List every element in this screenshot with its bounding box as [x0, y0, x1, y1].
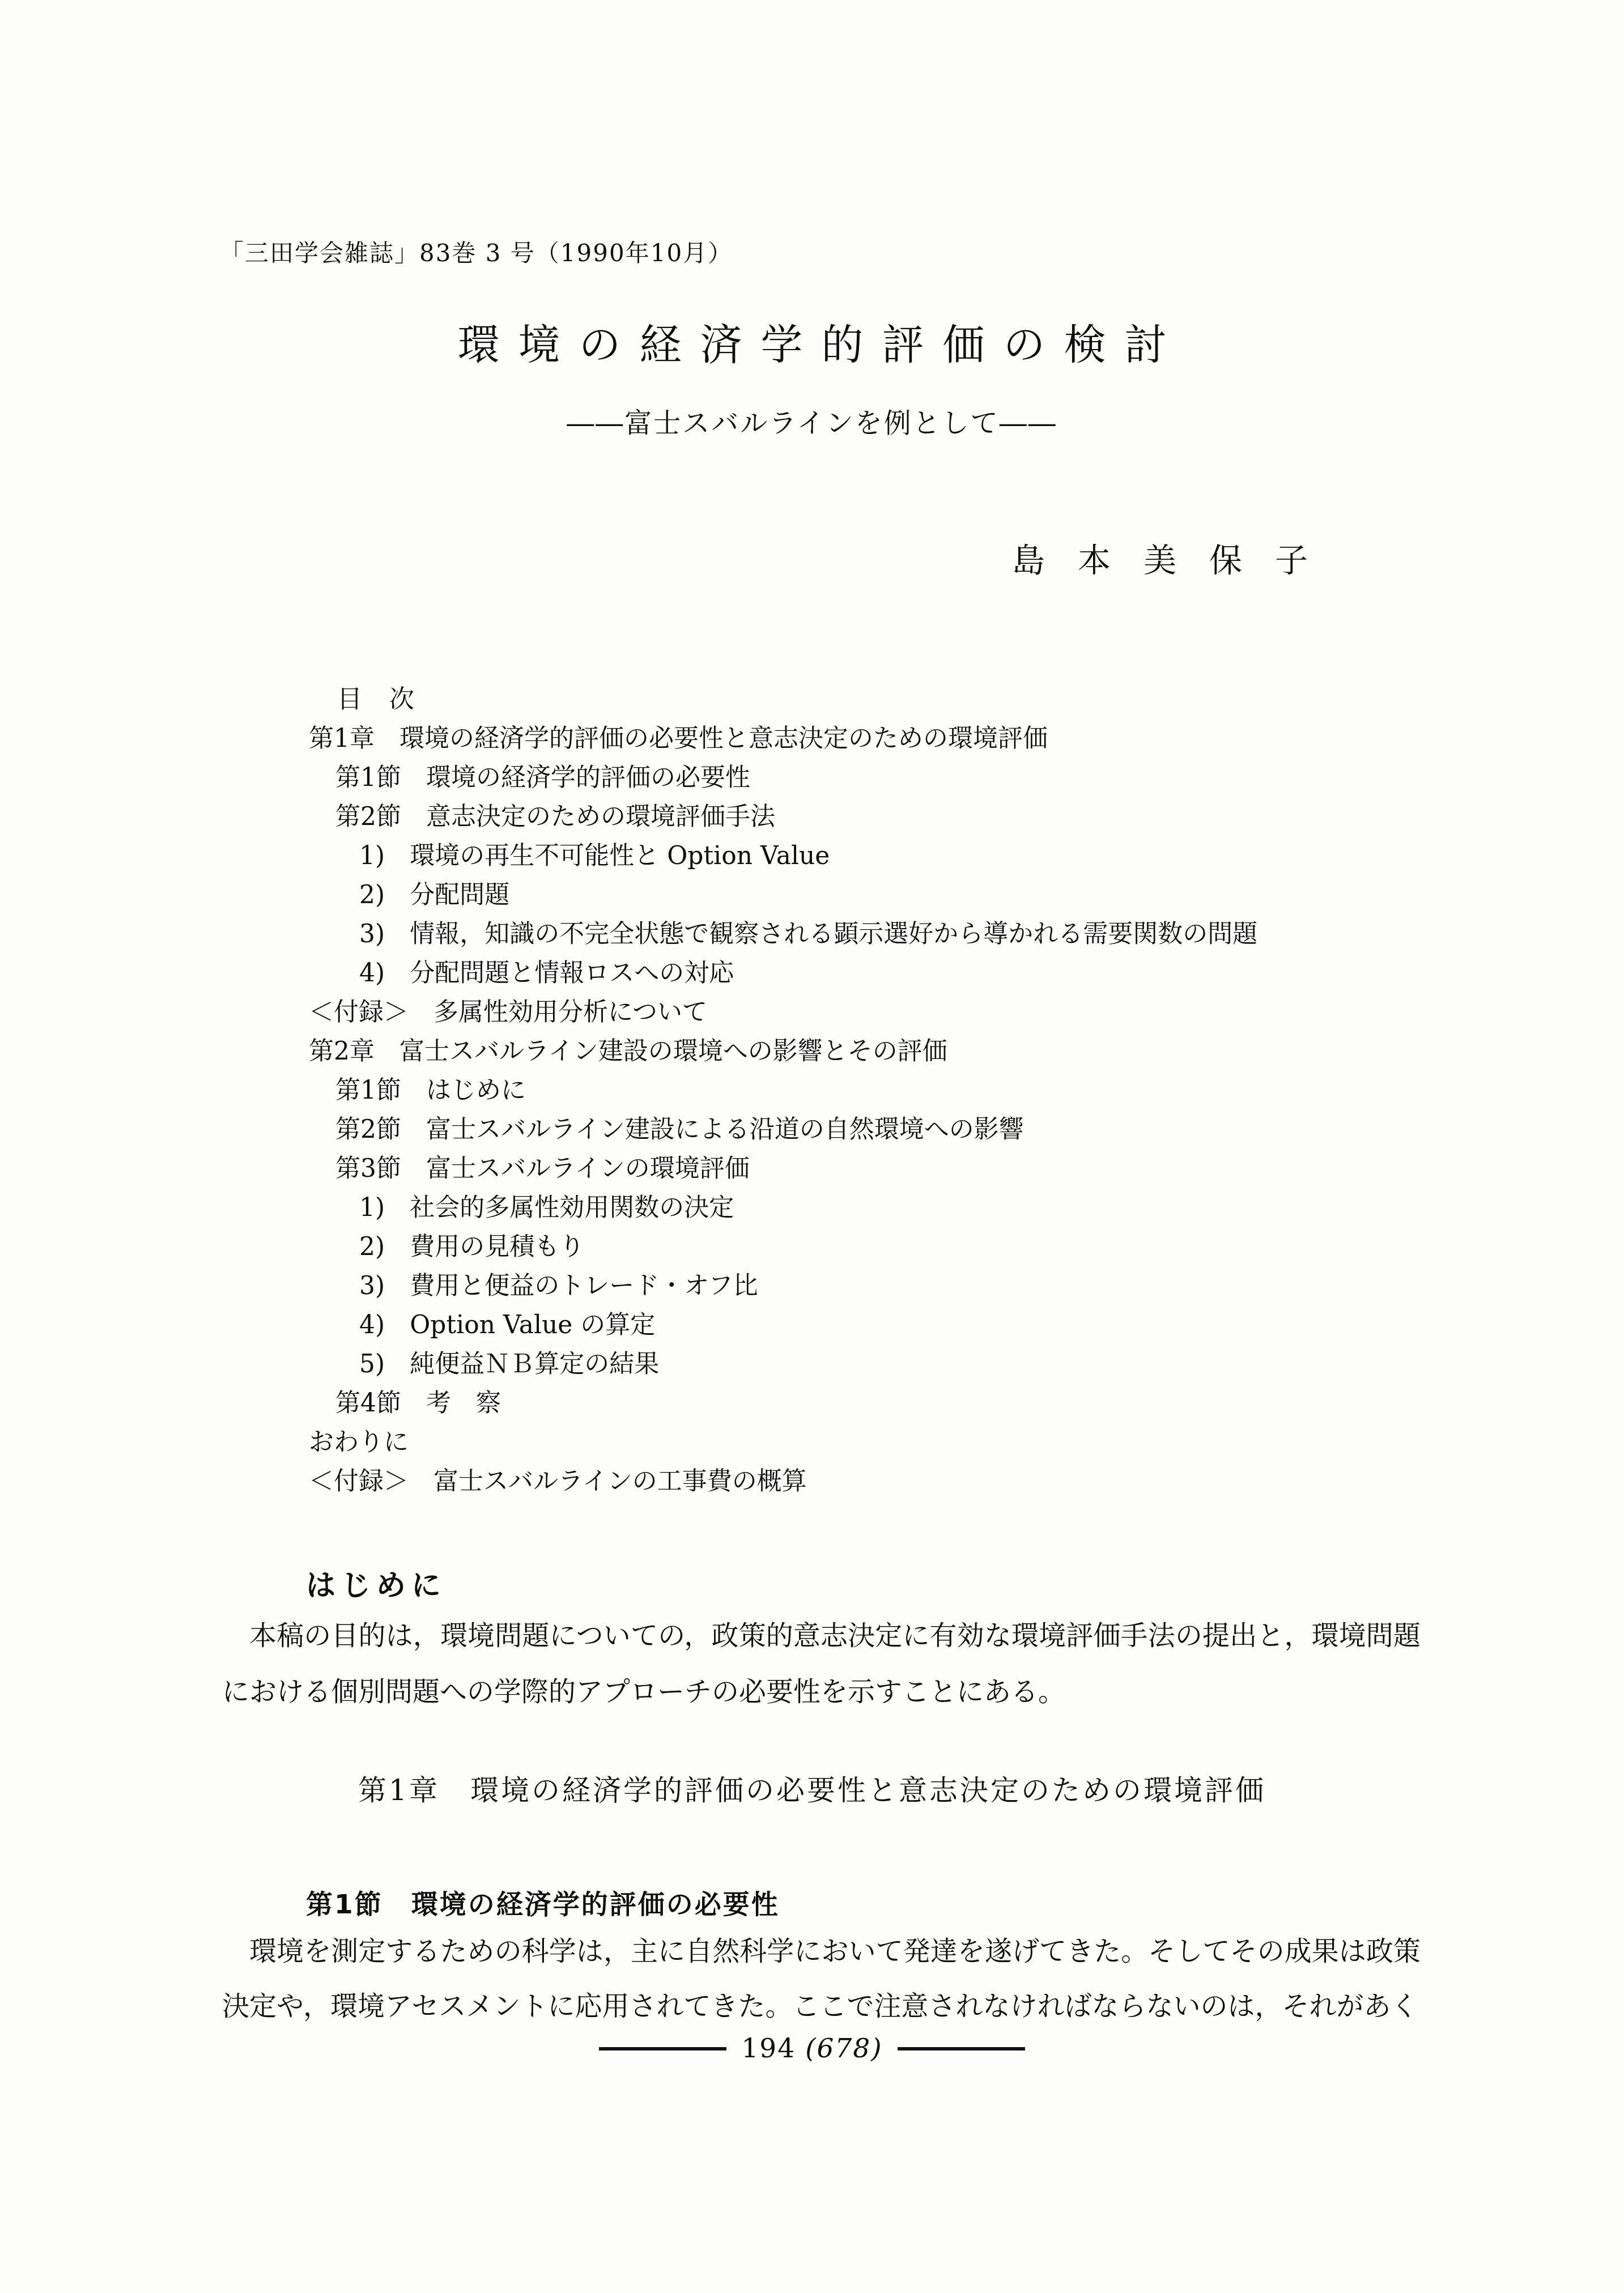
toc-item: 5) 純便益ＮＢ算定の結果: [0, 1345, 1257, 1384]
toc-item: 3) 情報，知識の不完全状態で観察される顕示選好から導かれる需要関数の問題: [0, 914, 1257, 954]
toc-heading: 目 次: [0, 680, 1257, 719]
toc-item: 1) 社会的多属性効用関数の決定: [0, 1188, 1257, 1227]
toc-item: 1) 環境の再生不可能性と Option Value: [0, 836, 1257, 875]
toc-item: 第1節 はじめに: [0, 1071, 1257, 1110]
footer-left-rule: [599, 2047, 726, 2050]
toc-item: 第4節 考 察: [0, 1384, 1257, 1423]
volume-page-number: (678): [805, 2033, 882, 2064]
chapter1-heading: 第1章 環境の経済学的評価の必要性と意志決定のための環境評価: [0, 1768, 1624, 1809]
toc-item: 第2節 意志決定のための環境評価手法: [0, 797, 1257, 836]
author-name: 島 本 美 保 子: [1012, 534, 1308, 581]
toc-item: ＜付録＞ 富士スバルラインの工事費の概算: [0, 1462, 1257, 1501]
toc-item: 第1節 環境の経済学的評価の必要性: [0, 758, 1257, 797]
page-footer: 194 (678): [0, 2033, 1624, 2064]
journal-header: 「三田学会雑誌」83巻 3 号（1990年10月）: [220, 235, 733, 269]
toc-item: 2) 費用の見積もり: [0, 1227, 1257, 1266]
toc-item: 2) 分配問題: [0, 875, 1257, 914]
toc-item: ＜付録＞ 多属性効用分析について: [0, 993, 1257, 1032]
footer-right-rule: [898, 2047, 1025, 2050]
toc-item: 第1章 環境の経済学的評価の必要性と意志決定のための環境評価: [0, 719, 1257, 758]
page-title: 環境の経済学的評価の検討: [0, 312, 1624, 372]
toc-item: 4) Option Value の算定: [0, 1305, 1257, 1345]
toc-item: おわりに: [0, 1423, 1257, 1462]
toc-item: 3) 費用と便益のトレード・オフ比: [0, 1266, 1257, 1305]
toc-item: 4) 分配問題と情報ロスへの対応: [0, 954, 1257, 993]
document-page: 「三田学会雑誌」83巻 3 号（1990年10月） 環境の経済学的評価の検討 ―…: [0, 0, 1624, 2293]
toc-item: 第3節 富士スバルラインの環境評価: [0, 1149, 1257, 1188]
section1-paragraph: 環境を測定するための科学は，主に自然科学において発達を遂げてきた。そしてその成果…: [222, 1924, 1421, 2034]
page-number: 194: [741, 2033, 796, 2064]
section1-heading: 第1節 環境の経済学的評価の必要性: [306, 1883, 780, 1921]
page-number-group: 194 (678): [741, 2033, 882, 2064]
intro-heading: はじめに: [306, 1562, 447, 1604]
intro-paragraph: 本稿の目的は，環境問題についての，政策的意志決定に有効な環境評価手法の提出と，環…: [222, 1608, 1421, 1720]
page-subtitle: ――富士スバルラインを例として――: [0, 401, 1624, 440]
toc-item: 第2節 富士スバルライン建設による沿道の自然環境への影響: [0, 1110, 1257, 1149]
table-of-contents: 目 次 第1章 環境の経済学的評価の必要性と意志決定のための環境評価 第1節 環…: [0, 680, 1257, 1501]
toc-item: 第2章 富士スバルライン建設の環境への影響とその評価: [0, 1032, 1257, 1071]
